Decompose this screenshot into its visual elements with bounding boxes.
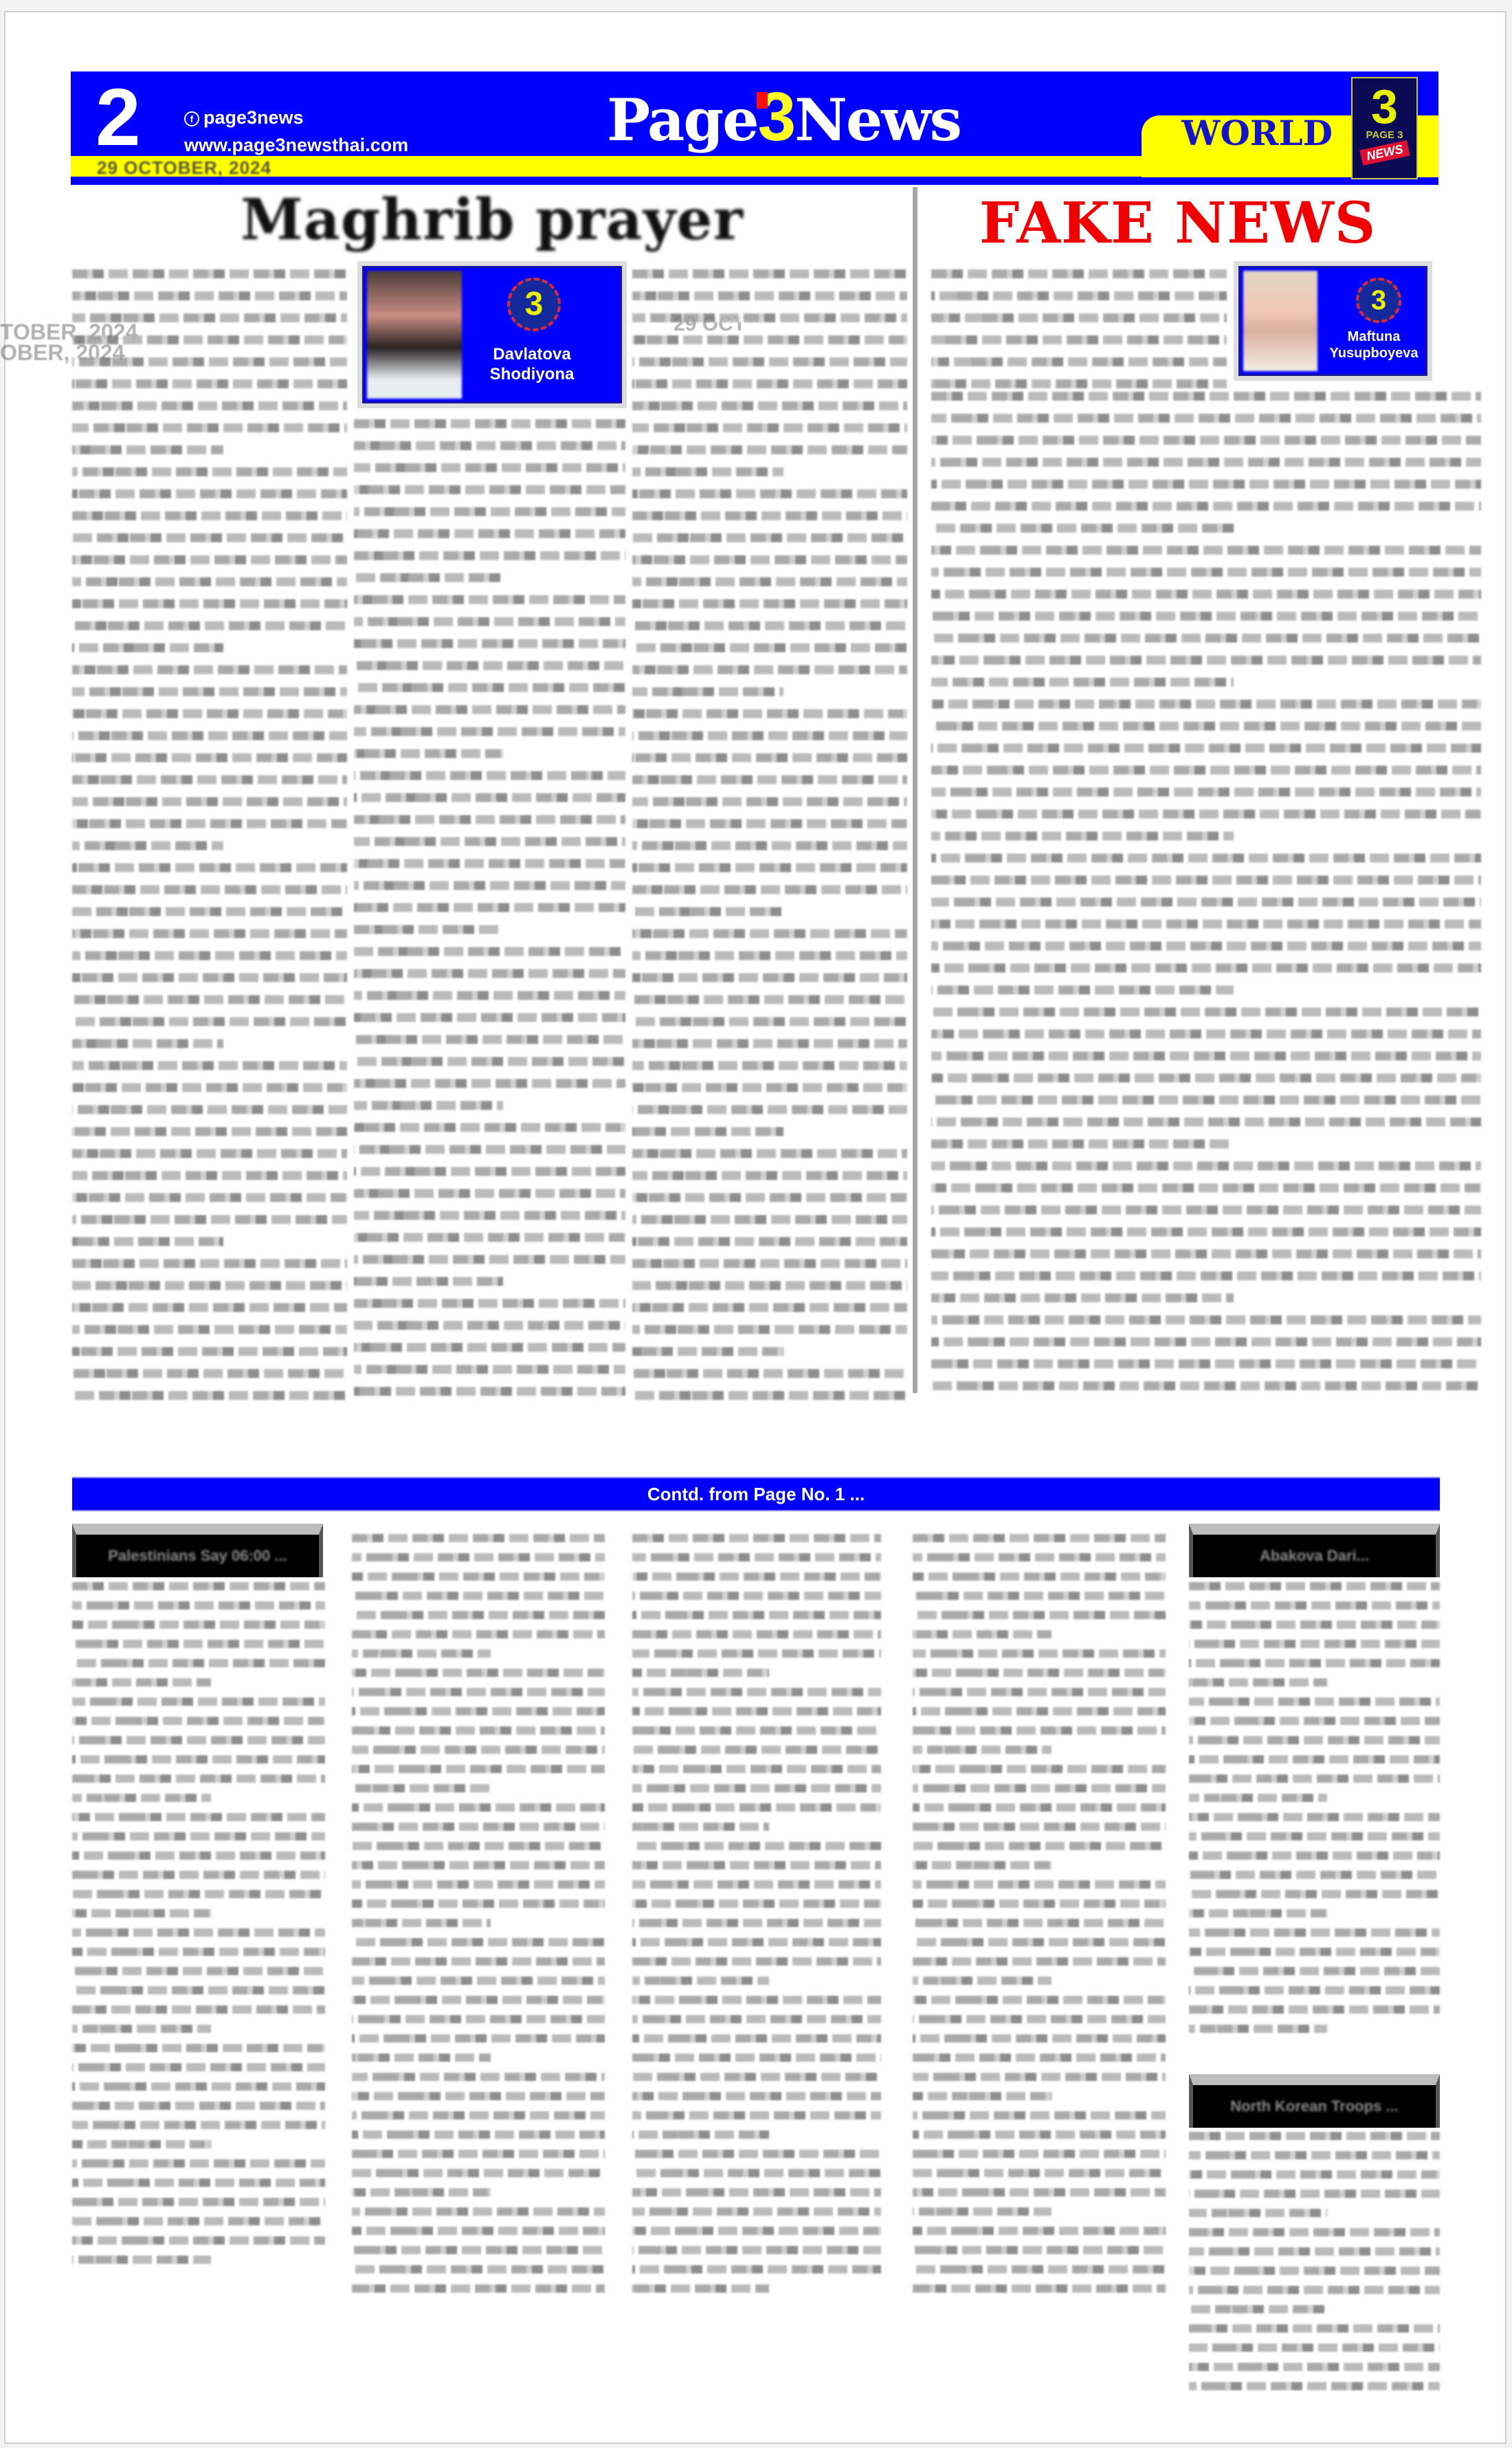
blurred-text-line [1189, 1755, 1440, 1763]
blurred-text-line [354, 903, 625, 912]
continued-from-page-1-banner: Contd. from Page No. 1 ... [72, 1477, 1440, 1511]
blurred-text-line [72, 1813, 325, 1821]
blurred-text-line [913, 1861, 1052, 1869]
blurred-text-line [632, 863, 907, 872]
blurred-text-line [632, 2265, 881, 2273]
blurred-text-line [72, 929, 347, 938]
blurred-text-line [632, 1105, 907, 1114]
blurred-text-line [352, 2150, 605, 2158]
blurred-text-line [72, 1582, 325, 1590]
blurred-text-line [72, 687, 347, 696]
blurred-text-line [632, 1259, 907, 1268]
blurred-text-line [72, 1149, 347, 1158]
blurred-text-line [72, 269, 347, 278]
blurred-text-line [72, 1391, 347, 1400]
blurred-text-line [632, 973, 907, 982]
blurred-text-line [632, 1039, 907, 1048]
blurred-text-line [931, 1205, 1481, 1214]
blurred-text-line [354, 815, 625, 824]
blurred-text-line [72, 2256, 211, 2264]
blurred-text-line [913, 1996, 1166, 2004]
blurred-text-line [352, 1534, 605, 1542]
blurred-text-line [352, 2207, 605, 2216]
blurred-text-line [72, 2159, 325, 2168]
blurred-text-line [72, 1640, 325, 1648]
blurred-text-line [632, 2188, 881, 2196]
blurred-text-line [354, 881, 625, 890]
blurred-text-line [632, 1977, 769, 1985]
blurred-text-line [632, 1957, 881, 1966]
blurred-text-line [931, 854, 1481, 863]
blurred-text-line [632, 357, 907, 366]
blurred-text-line [1189, 1736, 1440, 1744]
blurred-text-line [72, 753, 347, 762]
blurred-text-line [72, 1659, 325, 1667]
blurred-text-line [72, 731, 347, 740]
blurred-text-line [632, 2015, 881, 2023]
blurred-text-line [352, 1784, 491, 1792]
blurred-text-line [352, 2015, 605, 2023]
blurred-text-line [632, 335, 907, 344]
blurred-text-line [632, 665, 907, 674]
blurred-text-line [632, 2092, 881, 2100]
blurred-text-line [72, 1303, 347, 1312]
blurred-text-line [354, 793, 625, 802]
blurred-text-line [352, 1649, 491, 1658]
blurred-text-line [1189, 1871, 1440, 1879]
blurred-text-line [352, 2246, 605, 2254]
blurred-text-line [632, 1391, 907, 1400]
blurred-text-line [913, 1823, 1166, 1831]
blurred-text-line [72, 423, 347, 432]
blurred-text-line [913, 2246, 1166, 2254]
blurred-text-line [913, 2015, 1166, 2023]
article-left-column-3 [632, 269, 907, 1413]
blurred-text-line [913, 1592, 1166, 1600]
blurred-text-line [632, 1611, 881, 1619]
website-link[interactable]: www.page3newsthai.com [184, 135, 408, 156]
blurred-text-line [913, 1919, 1166, 1927]
blurred-text-line [72, 2121, 325, 2129]
blurred-text-line [632, 621, 907, 630]
blurred-text-line [352, 1919, 491, 1927]
blurred-text-line [72, 1717, 325, 1725]
blurred-text-line [632, 2227, 881, 2235]
blurred-text-line [72, 1928, 325, 1937]
blurred-text-line [1189, 2132, 1440, 2140]
blurred-text-line [931, 1008, 1481, 1016]
blurred-text-line [632, 2054, 881, 2062]
blurred-text-line [913, 2054, 1166, 2062]
blurred-text-line [352, 1996, 605, 2004]
blurred-text-line [354, 1343, 625, 1352]
blurred-text-line [72, 533, 347, 542]
article-left-column-1 [72, 269, 347, 1413]
blurred-text-line [354, 1277, 503, 1286]
blurred-text-line [72, 489, 347, 498]
blurred-text-line [632, 819, 907, 828]
blurred-text-line [931, 942, 1481, 950]
blurred-text-line [632, 1303, 907, 1312]
blurred-text-line [913, 2188, 1166, 2196]
facebook-link[interactable]: fpage3news [184, 107, 304, 129]
blurred-text-line [72, 1105, 347, 1114]
blurred-text-line [72, 2102, 325, 2110]
logo-three: 3 [758, 78, 795, 155]
blurred-text-line [72, 1794, 211, 1802]
blurred-text-line [913, 1572, 1166, 1581]
blurred-text-line [72, 511, 347, 520]
masthead: 2 fpage3news www.page3newsthai.com 29 OC… [71, 71, 1438, 185]
blurred-text-line [632, 1193, 907, 1202]
blurred-text-line [352, 1630, 605, 1638]
blurred-text-line [354, 595, 625, 604]
blurred-text-line [72, 1325, 347, 1334]
blurred-text-line [72, 1890, 325, 1898]
blurred-text-line [72, 1736, 325, 1744]
blurred-text-line [72, 291, 347, 300]
blurred-text-line [931, 898, 1481, 906]
blurred-text-line [632, 511, 907, 520]
blurred-text-line [632, 1688, 881, 1696]
blurred-text-line [352, 1726, 605, 1735]
blurred-text-line [72, 1948, 325, 1956]
blurred-text-line [72, 1967, 325, 1975]
blurred-text-line [931, 964, 1481, 972]
blurred-text-line [352, 2034, 605, 2043]
blurred-text-line [1189, 2382, 1440, 2390]
blurred-text-line [913, 1534, 1166, 1542]
blurred-text-line [931, 1249, 1481, 1258]
blurred-text-line [72, 1832, 325, 1840]
blurred-text-line [72, 1259, 347, 1268]
blurred-text-line [632, 1171, 907, 1180]
byline-card-left: 3 Davlatova Shodiyona [357, 261, 627, 408]
blurred-text-line [632, 1919, 881, 1927]
author-photo [1243, 271, 1318, 371]
blurred-text-line [931, 590, 1481, 599]
blurred-text-line [931, 1161, 1481, 1170]
blurred-text-line [72, 445, 223, 454]
blurred-text-line [354, 1321, 625, 1330]
blurred-text-line [632, 291, 907, 300]
blurred-text-line [354, 727, 625, 736]
blurred-text-line [632, 2284, 769, 2293]
blurred-text-line [931, 524, 1234, 533]
blurred-text-line [931, 335, 1227, 344]
blurred-text-line [632, 995, 907, 1004]
blurred-text-line [913, 2073, 1166, 2081]
blurred-text-line [354, 683, 625, 692]
blurred-text-line [354, 1079, 625, 1088]
blurred-text-line [632, 1707, 881, 1715]
blurred-text-line [632, 1900, 881, 1908]
blurred-text-line [632, 577, 907, 586]
headline-maghrib-prayer: Maghrib prayer [241, 187, 744, 253]
continued-column-5b [1189, 2132, 1440, 2401]
blurred-text-line [931, 379, 1227, 388]
badge-tag: NEWS [1359, 140, 1410, 166]
author-first-name: Maftuna [1323, 329, 1425, 345]
blurred-text-line [931, 291, 1227, 300]
blurred-text-line [354, 705, 625, 714]
blurred-text-line [72, 819, 347, 828]
blurred-text-line [913, 2111, 1166, 2119]
blurred-text-line [913, 2227, 1166, 2235]
article-right-column [931, 269, 1227, 401]
blurred-text-line [1189, 1621, 1440, 1629]
blurred-text-line [354, 1233, 625, 1242]
blurred-text-line [931, 546, 1481, 555]
page3-emblem-icon: 3 [507, 278, 561, 331]
blurred-text-line [913, 1726, 1166, 1735]
subhead-abakova: Abakova Dari... [1189, 1524, 1440, 1577]
blurred-text-line [354, 1057, 625, 1066]
blurred-text-line [632, 1017, 907, 1026]
logo-page: Page [607, 86, 758, 154]
blurred-text-line [72, 555, 347, 564]
blurred-text-line [632, 1880, 881, 1889]
blurred-text-line [72, 577, 347, 586]
blurred-text-line [913, 1707, 1166, 1715]
blurred-text-line [72, 1017, 347, 1026]
blurred-text-line [1189, 1948, 1440, 1956]
blurred-text-line [913, 2130, 1166, 2139]
blurred-text-line [72, 621, 347, 630]
author-photo [367, 271, 462, 399]
author-first-name: Davlatova [474, 345, 590, 365]
blurred-text-line [72, 2140, 211, 2148]
blurred-text-line [72, 1774, 325, 1783]
logo-news: News [794, 86, 961, 154]
blurred-text-line [1189, 2267, 1440, 2275]
blurred-text-line [632, 489, 907, 498]
blurred-text-line [72, 643, 223, 652]
blurred-text-line [913, 2284, 1166, 2293]
blurred-text-line [72, 2082, 325, 2091]
section-label: WORLD [1181, 113, 1333, 153]
blurred-text-line [72, 841, 223, 850]
blurred-text-line [72, 1171, 347, 1180]
blurred-text-line [72, 2063, 325, 2071]
blurred-text-line [1189, 2363, 1440, 2371]
blurred-text-line [352, 2073, 605, 2081]
blurred-text-line [1189, 2190, 1440, 2198]
blurred-text-line [931, 1227, 1481, 1236]
blurred-text-line [72, 1678, 211, 1687]
blurred-text-line [632, 313, 907, 322]
blurred-text-line [1189, 2324, 1440, 2333]
blurred-text-line [632, 1823, 769, 1831]
blurred-text-line [632, 1630, 881, 1638]
blurred-text-line [913, 1957, 1166, 1966]
blurred-text-line [632, 599, 907, 608]
blurred-text-line [931, 313, 1227, 322]
badge-label: PAGE 3 [1353, 129, 1416, 141]
blurred-text-line [1189, 1582, 1440, 1590]
blurred-text-line [72, 1237, 223, 1246]
blurred-text-line [931, 502, 1481, 511]
subhead-text: Abakova Dari... [1260, 1535, 1369, 1577]
blurred-text-line [72, 599, 347, 608]
blurred-text-line [632, 1669, 769, 1677]
blurred-text-line [632, 269, 907, 278]
continued-column-3 [632, 1534, 881, 2304]
blurred-text-line [632, 1765, 881, 1773]
blurred-text-line [632, 709, 907, 718]
facebook-handle: page3news [203, 107, 304, 128]
blurred-text-line [931, 480, 1481, 489]
article-left-column-2 [354, 419, 625, 1409]
blurred-text-line [354, 991, 625, 1000]
blurred-text-line [352, 2188, 491, 2196]
issue-date: 29 OCTOBER, 2024 [97, 157, 271, 179]
blurred-text-line [931, 1051, 1481, 1060]
blurred-text-line [931, 700, 1481, 709]
blurred-text-line [931, 744, 1481, 753]
blurred-text-line [931, 766, 1481, 775]
blurred-text-line [913, 1880, 1166, 1889]
blurred-text-line [931, 920, 1481, 928]
blurred-text-line [632, 401, 907, 410]
blurred-text-line [632, 731, 907, 740]
blurred-text-line [352, 2054, 491, 2062]
blurred-text-line [72, 995, 347, 1004]
blurred-text-line [632, 2246, 881, 2254]
blurred-text-line [913, 2265, 1166, 2273]
blurred-text-line [352, 1900, 605, 1908]
blurred-text-line [72, 885, 347, 894]
blurred-text-line [931, 1381, 1481, 1390]
blurred-text-line [352, 1957, 605, 1966]
author-last-name: Shodiyona [474, 365, 590, 385]
blurred-text-line [913, 1900, 1166, 1908]
blurred-text-line [1189, 2209, 1327, 2217]
blurred-text-line [931, 436, 1481, 445]
blurred-text-line [931, 1337, 1481, 1346]
blurred-text-line [1189, 1851, 1440, 1860]
blurred-text-line [354, 859, 625, 868]
blurred-text-line [72, 379, 347, 388]
blurred-text-line [632, 1746, 881, 1754]
continued-column-4 [913, 1534, 1166, 2304]
blurred-text-line [913, 1938, 1166, 1946]
blurred-text-line [632, 907, 783, 916]
subhead-text: North Korean Troops ... [1230, 2085, 1398, 2128]
blurred-text-line [352, 1880, 605, 1889]
blurred-text-line [1189, 1678, 1327, 1687]
blurred-text-line [354, 969, 625, 978]
blurred-text-line [1189, 2305, 1327, 2313]
blurred-text-line [352, 1553, 605, 1561]
blurred-text-line [72, 951, 347, 960]
blurred-text-line [72, 467, 347, 476]
blurred-text-line [632, 1592, 881, 1600]
blurred-text-line [352, 2265, 605, 2273]
blurred-text-line [72, 1193, 347, 1202]
blurred-text-line [632, 1842, 881, 1850]
continued-column-1 [72, 1582, 325, 2275]
blurred-text-line [354, 661, 625, 670]
author-last-name: Yusupboyeva [1323, 345, 1425, 361]
blurred-text-line [632, 643, 907, 652]
blurred-text-line [931, 722, 1481, 731]
blurred-text-line [354, 1211, 625, 1220]
blurred-text-line [354, 1189, 625, 1198]
blurred-text-line [931, 1183, 1481, 1192]
blurred-text-line [632, 1281, 907, 1290]
blurred-text-line [931, 986, 1234, 994]
blurred-text-line [913, 1765, 1166, 1773]
blurred-text-line [913, 2169, 1166, 2177]
blurred-text-line [931, 876, 1481, 884]
blurred-text-line [352, 2227, 605, 2235]
blurred-text-line [72, 1083, 347, 1092]
blurred-text-line [72, 907, 347, 916]
blurred-text-line [913, 2034, 1166, 2043]
blurred-text-line [632, 885, 907, 894]
blurred-text-line [72, 1698, 325, 1706]
newspaper-logo: Page3News [607, 82, 961, 155]
blurred-text-line [632, 841, 907, 850]
author-name: Maftuna Yusupboyeva [1323, 329, 1425, 361]
blurred-text-line [1189, 2344, 1440, 2352]
byline-card-right: 3 Maftuna Yusupboyeva [1234, 261, 1432, 381]
blurred-text-line [72, 1369, 347, 1378]
blurred-text-line [632, 1861, 881, 1869]
blurred-text-line [354, 639, 625, 648]
blurred-text-line [931, 1271, 1481, 1280]
blurred-text-line [354, 551, 625, 560]
blurred-text-line [931, 656, 1481, 665]
blurred-text-line [352, 1803, 605, 1812]
blurred-text-line [931, 832, 1234, 841]
blurred-text-line [913, 1688, 1166, 1696]
blurred-text-line [632, 1369, 907, 1378]
blurred-text-line [354, 1299, 625, 1308]
blurred-text-line [72, 1281, 347, 1290]
blurred-text-line [354, 419, 625, 428]
blurred-text-line [931, 810, 1481, 819]
page3-news-badge: 3 PAGE 3 NEWS [1351, 77, 1418, 179]
blurred-text-line [1189, 1774, 1440, 1783]
blurred-text-line [354, 837, 625, 846]
blurred-text-line [1189, 1640, 1440, 1648]
blurred-text-line [352, 1977, 605, 1985]
article-right-column [931, 392, 1481, 1403]
blurred-text-line [632, 1726, 881, 1735]
blurred-text-line [1189, 1967, 1440, 1975]
facebook-icon: f [184, 111, 199, 126]
blurred-text-line [931, 357, 1227, 366]
blurred-text-line [354, 463, 625, 472]
blurred-text-line [632, 1083, 907, 1092]
blurred-text-line [632, 1784, 881, 1792]
blurred-text-line [931, 634, 1481, 643]
blurred-text-line [931, 612, 1481, 621]
blurred-text-line [632, 423, 907, 432]
blurred-text-line [354, 771, 625, 780]
blurred-text-line [72, 401, 347, 410]
blurred-text-line [931, 1117, 1481, 1126]
blurred-text-line [1189, 2170, 1440, 2179]
blurred-text-line [913, 1784, 1166, 1792]
blurred-text-line [352, 1861, 605, 1869]
blurred-text-line [931, 1073, 1481, 1082]
blurred-text-line [354, 749, 503, 758]
blurred-text-line [632, 797, 907, 806]
blurred-text-line [931, 678, 1234, 687]
